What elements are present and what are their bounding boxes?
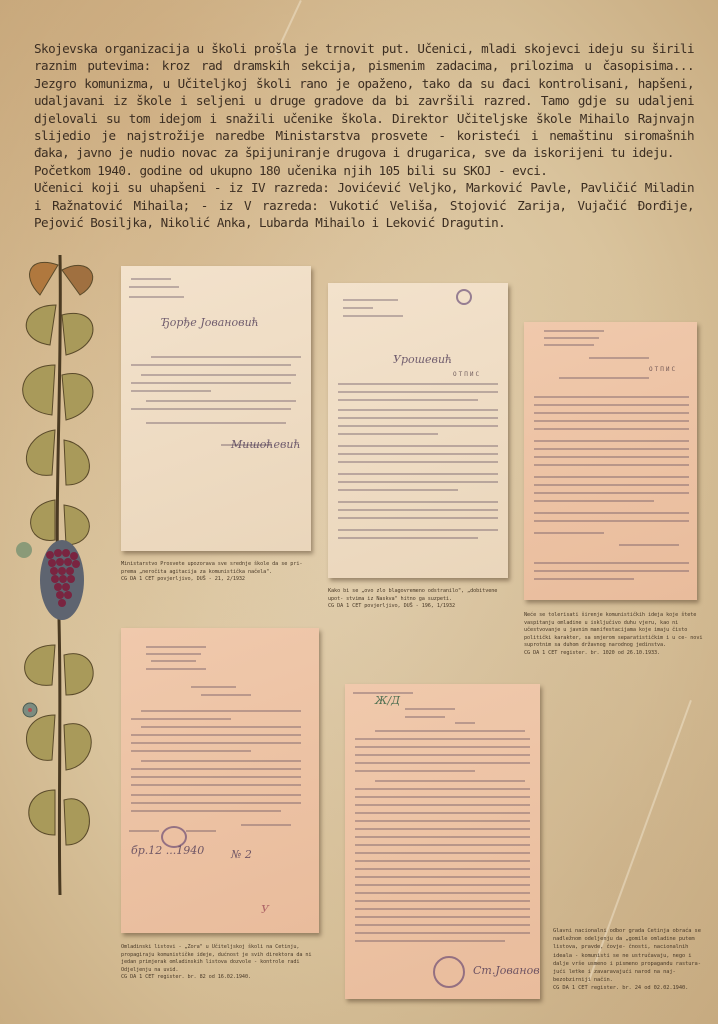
caption-reference: CG DA 1 CET register. br. 1020 od 26.10.… xyxy=(524,650,704,658)
archive-document-2: Урошевић ОТПИС xyxy=(328,283,508,578)
intro-paragraph: Početkom 1940. godine od ukupno 180 učen… xyxy=(34,162,694,179)
caption-text: Ministarstvo Prosvete upozorava sve sred… xyxy=(121,561,311,576)
document-caption-3: Neće se tolerisati širenje komunističkih… xyxy=(524,612,704,658)
caption-reference: CG DA 1 CET povjerljivo, DUŠ - 21, 2/193… xyxy=(121,576,311,584)
caption-reference: CG DA 1 CET register. br. 82 od 16.02.19… xyxy=(121,974,321,982)
caption-text: Glavni nacionalni odbor grada Cetinja ob… xyxy=(553,927,703,984)
caption-text: Neće se tolerisati širenje komunističkih… xyxy=(524,612,704,650)
intro-text-block: Skojevska organizacija u školi prošla je… xyxy=(34,40,694,231)
grapevine-ornament-icon xyxy=(0,245,115,905)
document-caption-1: Ministarstvo Prosvete upozorava sve sred… xyxy=(121,561,311,584)
document-caption-5: Glavni nacionalni odbor grada Cetinja ob… xyxy=(553,927,703,993)
caption-reference: CG DA 1 CET register. br. 24 od 02.02.19… xyxy=(553,984,703,992)
archive-document-4: бр.12 ...1940 № 2 У xyxy=(121,628,319,933)
intro-paragraph: Skojevska organizacija u školi prošla je… xyxy=(34,40,694,162)
archive-document-1: Ђорђе Јовановић Мишоћевић xyxy=(121,266,311,551)
intro-paragraph: Učenici koji su uhapšeni - iz IV razreda… xyxy=(34,179,694,231)
document-caption-4: Omladinski listovi - „Zora" u Učiteljsko… xyxy=(121,944,321,982)
caption-text: Omladinski listovi - „Zora" u Učiteljsko… xyxy=(121,944,321,974)
caption-reference: CG DA 1 CET povjerljivo, DUŠ - 196, 1/19… xyxy=(328,603,513,611)
archive-document-5: Ж/Д Ст.Јовановић xyxy=(345,684,540,999)
archive-document-3: ОТПИС xyxy=(524,322,697,600)
document-caption-2: Kako bi se „ovo zlo blagovremeno odstran… xyxy=(328,588,513,611)
caption-text: Kako bi se „ovo zlo blagovremeno odstran… xyxy=(328,588,513,603)
